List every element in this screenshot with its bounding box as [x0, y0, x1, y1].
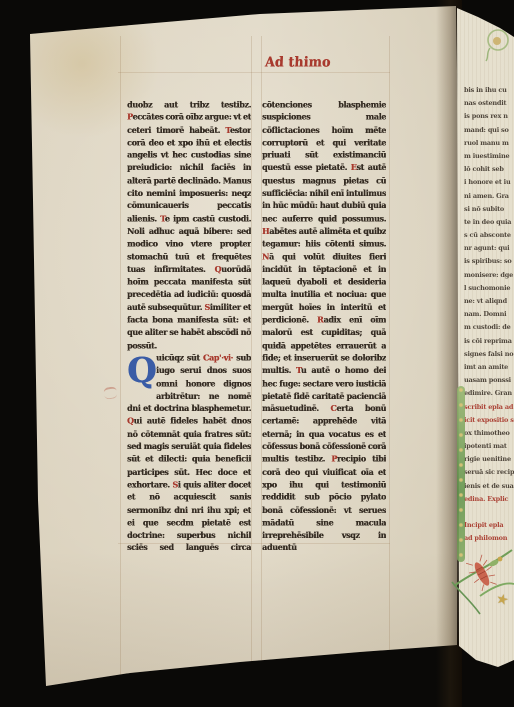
manuscript-photo: Ad thimo duobz aut tribz testibz. Peccāt…: [0, 0, 514, 707]
marginal-red-mark: [103, 386, 118, 400]
text-fragment-line: is cōi reprima: [464, 335, 514, 348]
text-fragment-line: rigie uenitine: [464, 453, 514, 466]
text-column-left: duobz aut tribz testibz. Peccātes corā o…: [127, 98, 251, 556]
text-fragment-line: uasam ponssi: [464, 374, 514, 387]
text-fragment-line: lō cohit seb: [464, 163, 514, 176]
column-left-upper-text: duobz aut tribz testibz. Peccātes corā o…: [127, 99, 251, 350]
ruling-line-vertical: [120, 36, 121, 685]
text-fragment-line: mand: qui so: [464, 124, 514, 137]
text-fragment-line: ienis et de sua: [464, 480, 514, 493]
text-fragment-line: signes falsi no: [464, 348, 514, 361]
body-text: i quis aliter docet et nō acquiescit san…: [127, 479, 251, 556]
facing-page-text-fragments: bis in ihu cunas ostenditis pons rex nma…: [464, 84, 514, 546]
rubric-fragment-line: icit expositio s: [464, 414, 514, 427]
text-fragment-line: si nō subito: [464, 203, 514, 216]
text-fragment-line: s cū absconte: [464, 229, 514, 242]
text-fragment-line: l suchomonie: [464, 282, 514, 295]
text-fragment-line: monisere: dge: [464, 269, 514, 282]
text-fragment-line: m custodi: de: [464, 321, 514, 334]
text-fragment-line: nr agunt: qui: [464, 242, 514, 255]
rubricated-text: Cap'·vi·: [203, 352, 236, 362]
text-fragment-line: imt an amite: [464, 361, 514, 374]
rubric-fragment-line: scribit epla ad: [464, 401, 514, 414]
ruling-line-vertical: [251, 36, 252, 685]
text-fragment-line: seruā sic recip: [464, 466, 514, 479]
text-fragment-line: [464, 506, 514, 519]
text-fragment-line: edimire. Gran: [464, 387, 514, 400]
text-fragment-line: is spiribus: so: [464, 255, 514, 268]
text-fragment-line: i honore et iu: [464, 176, 514, 189]
text-fragment-line: nam. Domni: [464, 308, 514, 321]
text-fragment-line: ipotenti mat: [464, 440, 514, 453]
text-fragment-line: ne: vt aliqnd: [464, 295, 514, 308]
rubricated-text: Q: [127, 416, 134, 426]
text-fragment-line: bis in ihu cu: [464, 84, 514, 97]
ruling-line-vertical: [389, 36, 390, 685]
body-text: estor corā deo et xpo ihū et electis ang…: [127, 124, 251, 223]
body-text: recipio tibi corā deo qui viuificat oīa …: [262, 454, 386, 553]
running-header: Ad thimo: [265, 53, 331, 70]
roundel-ornament: [484, 26, 512, 62]
rubric-fragment-line: edina. Explic: [464, 493, 514, 506]
column-right-text: cōtenciones blasphemie suspiciones male …: [262, 99, 386, 553]
text-column-right: cōtenciones blasphemie suspiciones male …: [262, 98, 386, 556]
ruling-line-horizontal: [118, 72, 390, 73]
body-text: abētes autē alimēta et quibz tegamur: hi…: [262, 226, 386, 249]
text-fragment-line: nas ostendit: [464, 97, 514, 110]
text-fragment-line: ox thimotheo: [464, 427, 514, 440]
body-text: uicūqz sūt: [156, 352, 203, 362]
rubricated-text: N: [262, 251, 269, 261]
body-text: duobz aut tribz testibz.: [127, 99, 251, 109]
text-fragment-line: is pons rex n: [464, 110, 514, 123]
text-fragment-line: m iuestimine: [464, 150, 514, 163]
text-fragment-line: te in deo quia: [464, 216, 514, 229]
text-fragment-line: ruol manu m: [464, 137, 514, 150]
illuminated-initial-q: Q: [127, 353, 153, 391]
vine-ornament: [450, 536, 514, 632]
rubric-fragment-line: Incipit epla: [464, 519, 514, 532]
text-fragment-line: ni amen. Gra: [464, 190, 514, 203]
